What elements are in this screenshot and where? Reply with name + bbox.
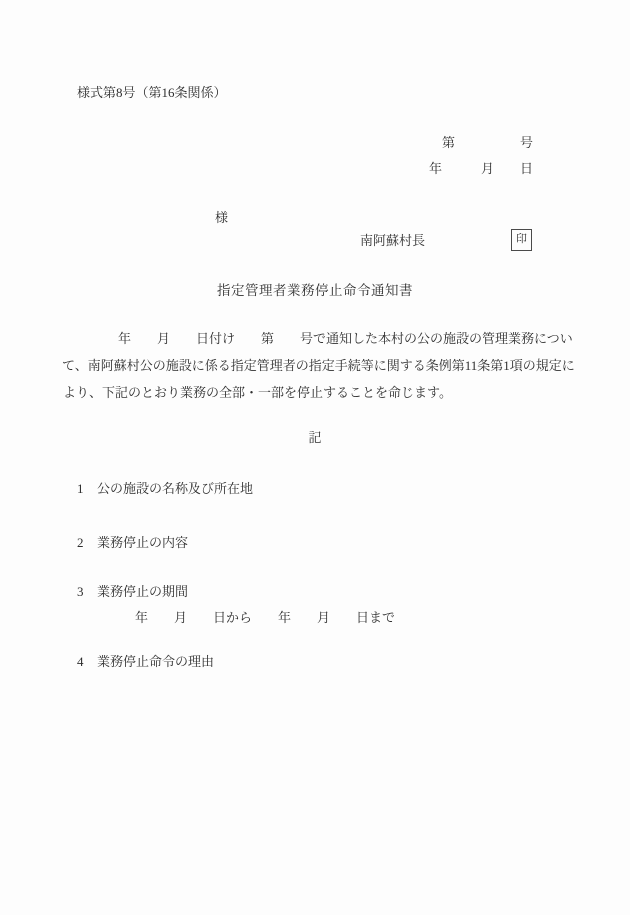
document-page: 様式第8号（第16条関係） 第 号 年 月 日 様 南阿蘇村長 印 指定管理者業… — [0, 0, 630, 915]
list-item-4: 4 業務停止命令の理由 — [77, 654, 214, 670]
item-3-date-range-line: 年 月 日から 年 月 日まで — [135, 610, 395, 626]
document-number-line: 第 号 — [442, 135, 533, 151]
sender-name: 南阿蘇村長 — [360, 233, 425, 249]
list-item-1: 1 公の施設の名称及び所在地 — [77, 481, 253, 497]
body-paragraph-line-3: より、下記のとおり業務の全部・一部を停止することを命じます。 — [63, 385, 452, 401]
item-number: 2 — [77, 535, 97, 551]
item-number: 3 — [77, 584, 97, 600]
list-item-3: 3 業務停止の期間 — [77, 584, 188, 600]
list-item-2: 2 業務停止の内容 — [77, 535, 188, 551]
item-label: 業務停止命令の理由 — [97, 654, 214, 670]
body-paragraph-line-1: 年 月 日付け 第 号で通知した本村の公の施設の管理業務につい — [118, 331, 573, 347]
seal-stamp-box: 印 — [511, 229, 532, 251]
seal-character: 印 — [516, 233, 527, 246]
addressee-suffix: 様 — [215, 210, 228, 226]
item-number: 1 — [77, 481, 97, 497]
item-label: 公の施設の名称及び所在地 — [97, 481, 253, 497]
item-label: 業務停止の期間 — [97, 584, 188, 600]
item-number: 4 — [77, 654, 97, 670]
date-line: 年 月 日 — [429, 161, 533, 177]
item-label: 業務停止の内容 — [97, 535, 188, 551]
record-marker: 記 — [0, 430, 630, 446]
form-number: 様式第8号（第16条関係） — [77, 85, 227, 101]
document-title: 指定管理者業務停止命令通知書 — [0, 283, 630, 299]
body-paragraph-line-2: て、南阿蘇村公の施設に係る指定管理者の指定手続等に関する条例第11条第1項の規定… — [62, 358, 575, 374]
